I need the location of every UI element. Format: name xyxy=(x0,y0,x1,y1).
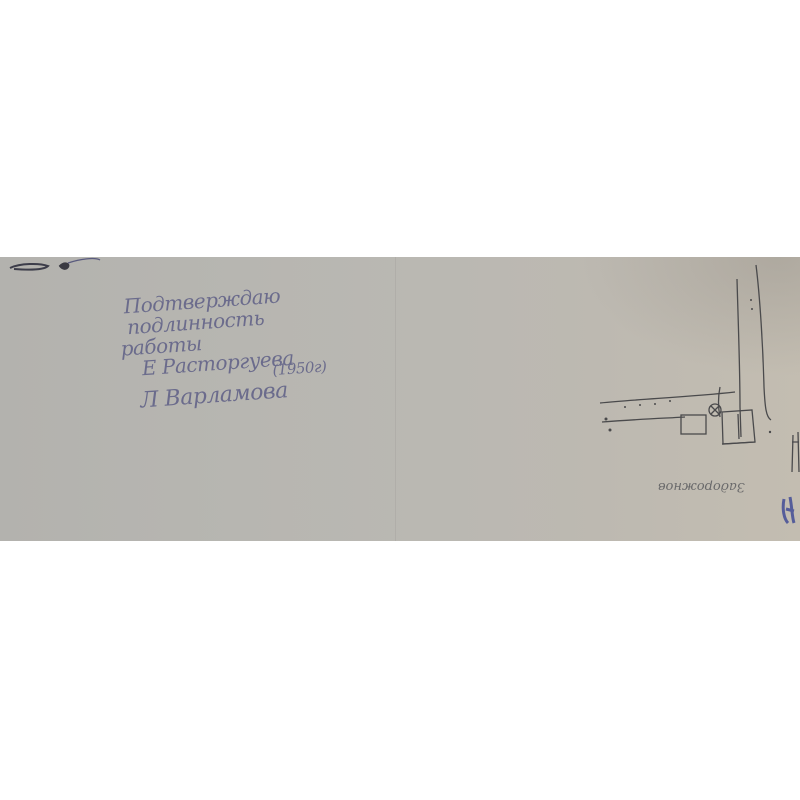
page: Подтверждаю подлинность работы Е Расторг… xyxy=(0,0,800,800)
handwritten-inscription: Подтверждаю подлинность работы Е Расторг… xyxy=(115,279,382,413)
ink-mark-icon xyxy=(778,489,800,529)
ink-scribble-icon xyxy=(0,257,110,277)
pencil-sketch-icon xyxy=(580,257,800,541)
paper-sheet: Подтверждаю подлинность работы Е Расторг… xyxy=(0,257,800,541)
paper-fold xyxy=(395,257,396,541)
upside-down-note: Задорожнов xyxy=(658,479,745,494)
inscription-signature: Л Варламова xyxy=(140,374,383,412)
